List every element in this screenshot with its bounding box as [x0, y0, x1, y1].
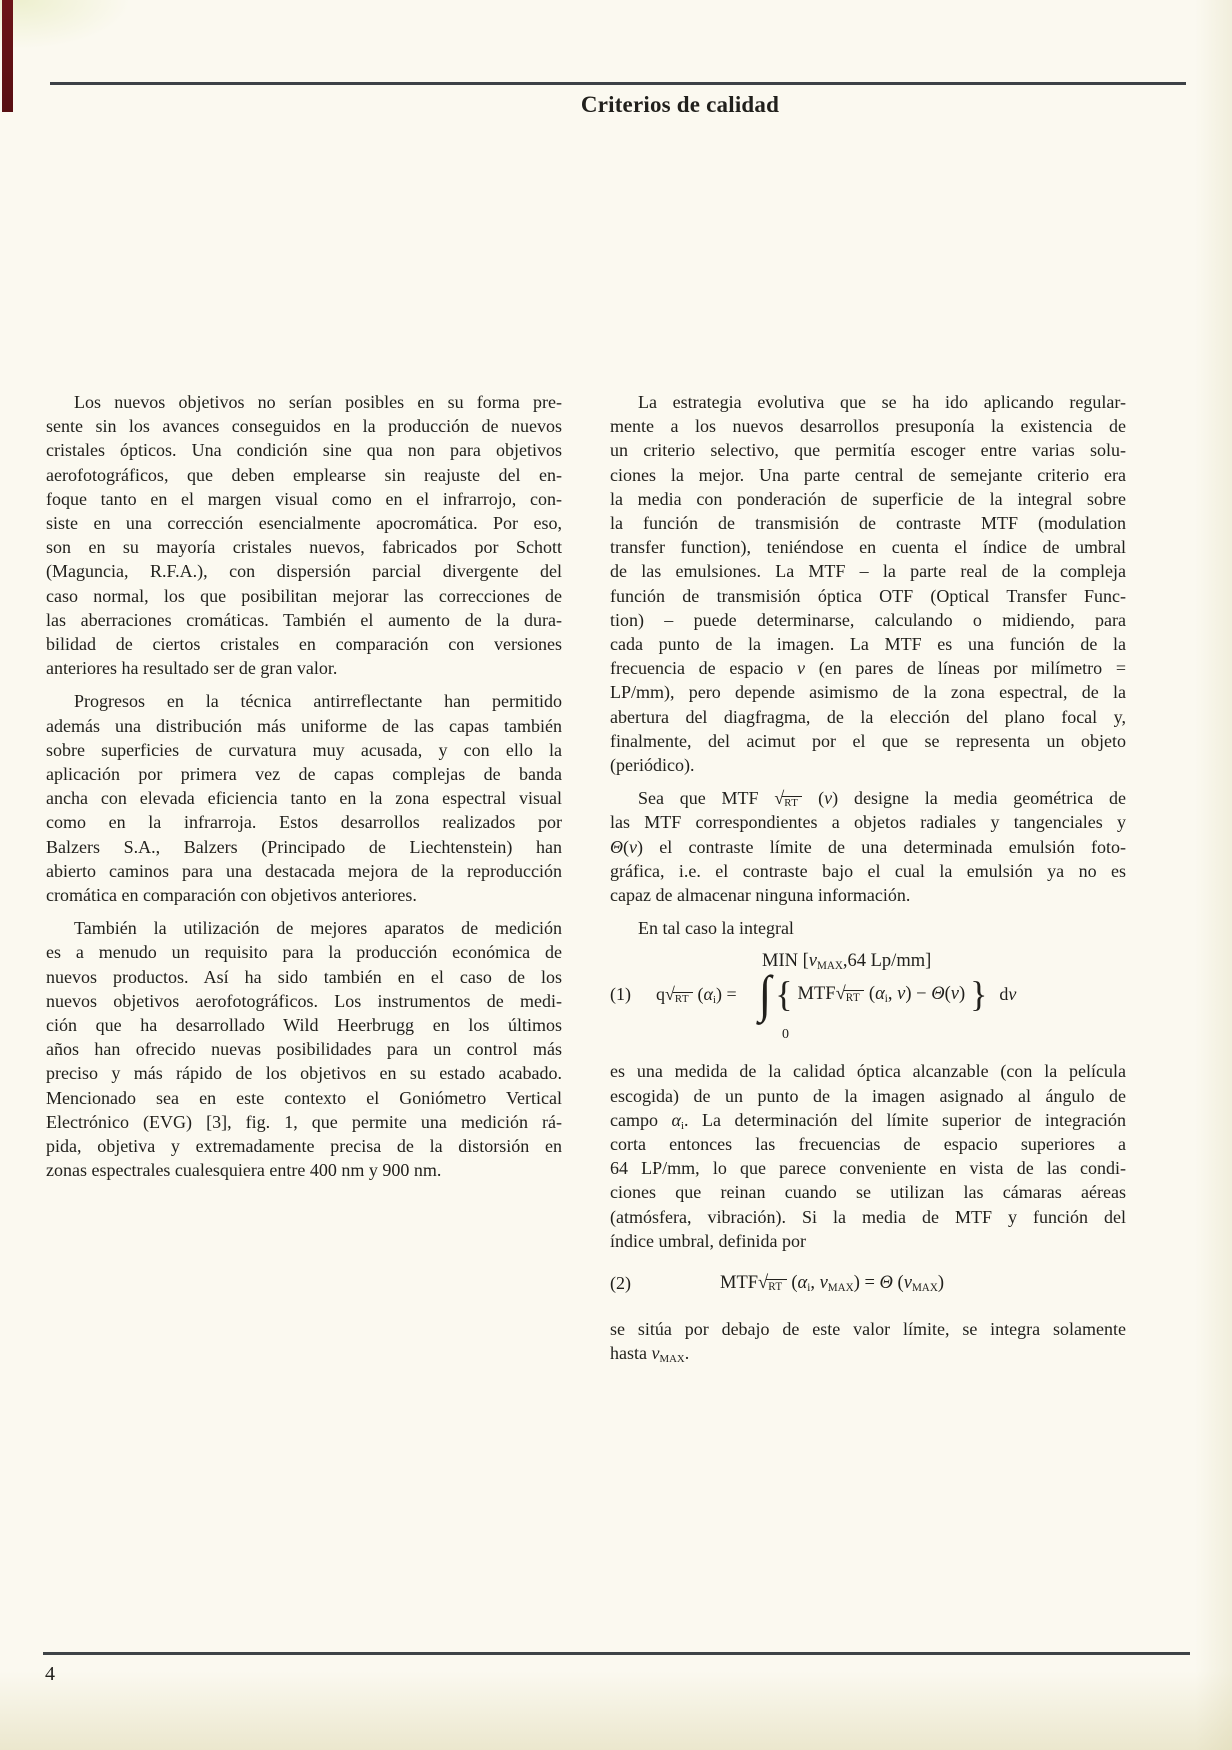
text-line: (Maguncia, R.F.A.), con dispersión parci…: [46, 559, 562, 583]
page-title: Criterios de calidad: [64, 92, 1232, 118]
text-line: sente sin los avances conseguidos en la …: [46, 414, 562, 438]
equation-body: MTF√RT (αi, νMAX) = Θ (νMAX): [720, 1271, 944, 1295]
text-line: ción que ha desarrollado Wild Heerbrugg …: [46, 1013, 562, 1037]
text-line: frecuencia de espacio ν (en pares de lín…: [610, 656, 1126, 680]
text-line: Balzers S.A., Balzers (Principado de Lie…: [46, 835, 562, 859]
text-line: años han ofrecido nuevas posibilidades p…: [46, 1037, 562, 1061]
text-line: función de transmisión óptica OTF (Optic…: [610, 584, 1126, 608]
text-line: aerofotográficos, que deben emplearse si…: [46, 463, 562, 487]
text-line: hasta νMAX.: [610, 1341, 1126, 1365]
equation-lhs: q√RT (αi) =: [656, 982, 737, 1006]
text-line: la función de transmisión de contraste M…: [610, 511, 1126, 535]
text-line: ciones que reinan cuando se utilizan las…: [610, 1180, 1126, 1204]
integral-lower-limit: 0: [782, 1023, 789, 1047]
sqrt-radical: √RT: [836, 984, 865, 1004]
text-line: es a menudo un requisito para la producc…: [46, 940, 562, 964]
text-line: transfer function), teniéndose en cuenta…: [610, 535, 1126, 559]
text-line: tion) – puede determinarse, calculando o…: [610, 608, 1126, 632]
text-line: caso normal, los que posibilitan mejorar…: [46, 584, 562, 608]
differential: dν: [999, 982, 1016, 1006]
sqrt-radical: √RT: [758, 1273, 787, 1293]
text-line: las MTF correspondientes a objetos radia…: [610, 810, 1126, 834]
text-line: También la utilización de mejores aparat…: [46, 916, 562, 940]
text-line: cromática en comparación con objetivos a…: [46, 883, 562, 907]
header-rule: [50, 82, 1186, 85]
paragraph: También la utilización de mejores aparat…: [46, 916, 562, 1182]
paragraph: En tal caso la integral: [610, 916, 1126, 940]
sqrt-radical: √RT: [774, 788, 802, 808]
text-line: En tal caso la integral: [610, 916, 1126, 940]
text-line: foque tanto en el margen visual como en …: [46, 487, 562, 511]
text-line: corta entonces las frecuencias de espaci…: [610, 1132, 1126, 1156]
paragraph: Los nuevos objetivos no serían posibles …: [46, 390, 562, 680]
text-line: nuevos objetivos aerofotográficos. Los i…: [46, 989, 562, 1013]
text-line: Mencionado sea en este contexto el Gonió…: [46, 1086, 562, 1110]
text-line: son en su mayoría cristales nuevos, fabr…: [46, 535, 562, 559]
left-column: Los nuevos objetivos no serían posibles …: [46, 390, 562, 1375]
integral-sign: ∫: [759, 971, 772, 1017]
text-line: nuevos productos. Así ha sido también en…: [46, 965, 562, 989]
text-line: (atmósfera, vibración). Si la media de M…: [610, 1205, 1126, 1229]
text-line: capaz de almacenar ninguna información.: [610, 883, 1126, 907]
text-line: ancha con elevada eficiencia tanto en la…: [46, 786, 562, 810]
text-line: de las emulsiones. La MTF – la parte rea…: [610, 559, 1126, 583]
text-line: sobre superficies de curvatura muy acusa…: [46, 738, 562, 762]
text-line: mente a los nuevos desarrollos presuponí…: [610, 414, 1126, 438]
paragraph: La estrategia evolutiva que se ha ido ap…: [610, 390, 1126, 777]
paragraph: se sitúa por debajo de este valor límite…: [610, 1317, 1126, 1365]
page-number: 4: [45, 1663, 55, 1686]
equation-1: MIN [νMAX,64 Lp/mm](1)q√RT (αi) =∫{MTF√R…: [610, 949, 1126, 1049]
text-line: aplicación por primera vez de capas comp…: [46, 762, 562, 786]
text-line: LP/mm), pero depende asimismo de la zona…: [610, 680, 1126, 704]
text-line: Progresos en la técnica antirreflectante…: [46, 689, 562, 713]
text-line: como en la infrarroja. Estos desarrollos…: [46, 810, 562, 834]
text-line: es una medida de la calidad óptica alcan…: [610, 1059, 1126, 1083]
text-line: anteriores ha resultado ser de gran valo…: [46, 656, 562, 680]
text-line: ciones la mejor. Una parte central de se…: [610, 463, 1126, 487]
paragraph: es una medida de la calidad óptica alcan…: [610, 1059, 1126, 1253]
paragraph: Progresos en la técnica antirreflectante…: [46, 689, 562, 907]
text-line: índice umbral, definida por: [610, 1229, 1126, 1253]
text-line: preciso y más rápido de los objetivos en…: [46, 1061, 562, 1085]
footer-rule: [43, 1652, 1190, 1655]
text-line: 64 LP/mm, lo que parece conveniente en v…: [610, 1156, 1126, 1180]
text-line: cada punto de la imagen. La MTF es una f…: [610, 632, 1126, 656]
text-line: zonas espectrales cualesquiera entre 400…: [46, 1158, 562, 1182]
close-brace: }: [970, 976, 987, 1012]
integral-upper-limit: MIN [νMAX,64 Lp/mm]: [762, 949, 931, 973]
scan-edge-mark: [2, 0, 13, 112]
text-line: Θ(ν) el contraste límite de una determin…: [610, 835, 1126, 859]
text-line: abierto caminos para una destacada mejor…: [46, 859, 562, 883]
text-line: Sea que MTF √RT (ν) designe la media geo…: [610, 786, 1126, 810]
text-line: finalmente, del acimut por el que se rep…: [610, 729, 1126, 753]
equation-number: (2): [610, 1271, 656, 1295]
paragraph: Sea que MTF √RT (ν) designe la media geo…: [610, 786, 1126, 907]
text-line: (periódico).: [610, 753, 1126, 777]
integrand: MTF√RT (αi, ν) − Θ(ν): [793, 982, 971, 1006]
text-line: cristales ópticos. Una condición sine qu…: [46, 438, 562, 462]
text-line: La estrategia evolutiva que se ha ido ap…: [610, 390, 1126, 414]
text-line: escogida) de un punto de la imagen asign…: [610, 1084, 1126, 1108]
text-line: un criterio selectivo, que permitía esco…: [610, 438, 1126, 462]
text-line: además una distribución más uniforme de …: [46, 714, 562, 738]
text-line: abertura del diagfragma, de la elección …: [610, 705, 1126, 729]
equation-number: (1): [610, 982, 656, 1006]
equation-2: (2)MTF√RT (αi, νMAX) = Θ (νMAX): [610, 1263, 1126, 1303]
text-line: se sitúa por debajo de este valor límite…: [610, 1317, 1126, 1341]
text-line: bilidad de ciertos cristales en comparac…: [46, 632, 562, 656]
text-line: campo αi. La determinación del límite su…: [610, 1108, 1126, 1132]
text-line: Electrónico (EVG) [3], fig. 1, que permi…: [46, 1110, 562, 1134]
text-columns: Los nuevos objetivos no serían posibles …: [46, 390, 1126, 1375]
document-page: Criterios de calidad Los nuevos objetivo…: [0, 0, 1232, 1750]
text-line: gráfica, i.e. el contraste bajo el cual …: [610, 859, 1126, 883]
text-line: las aberraciones cromáticas. También el …: [46, 608, 562, 632]
text-line: pida, objetiva y extremadamente precisa …: [46, 1134, 562, 1158]
right-column: La estrategia evolutiva que se ha ido ap…: [610, 390, 1126, 1375]
text-line: la media con ponderación de superficie d…: [610, 487, 1126, 511]
text-line: Los nuevos objetivos no serían posibles …: [46, 390, 562, 414]
text-line: siste en una corrección esencialmente ap…: [46, 511, 562, 535]
sqrt-radical: √RT: [665, 984, 693, 1004]
open-brace: {: [775, 976, 792, 1012]
